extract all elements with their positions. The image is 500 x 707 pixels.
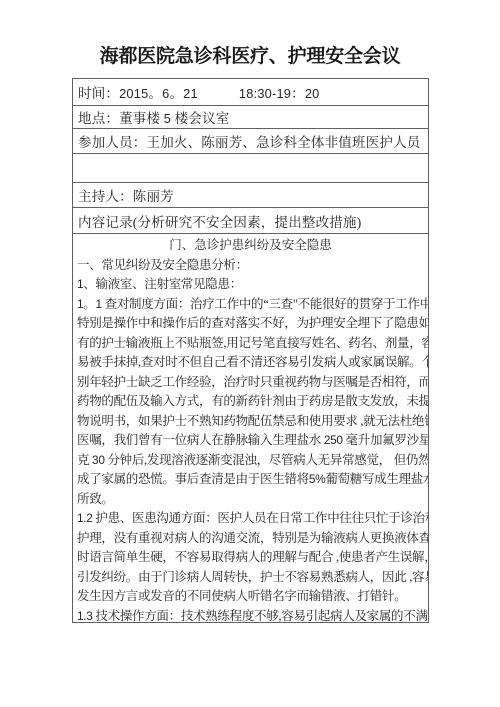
content-line-1-2-c: 时语言简单生硬，不容易取得病人的理解与配合 ,使患者产生误解，: [77, 548, 428, 568]
document-page: 海都医院急诊科医疗、护理安全会议 时间：2015。6。21 18:30-19：2…: [0, 0, 500, 707]
content-line-1-1-a: 1。1 查对制度方面：治疗工作中的“三查"不能很好的贯穿于工作中。: [77, 295, 428, 315]
table-row-record-header: 内容记录(分析研究不安全因素，提出整改措施): [73, 208, 428, 234]
content-line-1-2-b: 护理，没有重视对病人的沟通交流，特别是为输液病人更换液体查对: [77, 529, 428, 549]
content-line-1-1-b: 特别是操作中和操作后的查对落实不好，为护理安全埋下了隐患如：: [77, 314, 428, 334]
content-line-1-2-a: 1.2 护患、医患沟通方面：医护人员在日常工作中往往只忙于诊治和: [77, 509, 428, 529]
content-line-1-1-d: 易被手抹掉,查对时不但自己看不清还容易引发病人或家属误解。个: [77, 353, 428, 373]
table-row-time: 时间：2015。6。21 18:30-19：20: [73, 79, 428, 106]
record-header-value: 内容记录(分析研究不安全因素，提出整改措施): [78, 211, 361, 231]
content-line-1-1-f: 药物的配伍及输入方式，有的新药针剂由于药房是散支发放，未提供药: [77, 392, 428, 412]
content-line-1-2-e: 发生因方言或发音的不同使病人听错名字而输错液、打错针。: [77, 587, 428, 607]
meeting-notes-cell: 门、急诊护患纠纷及安全隐患 一、常见纠纷及安全隐患分析： 1、输液室、注射室常见…: [73, 234, 428, 622]
meeting-record-table: 时间：2015。6。21 18:30-19：20 地点：董事楼 5 楼会议室 参…: [72, 78, 429, 623]
table-row-host: 主持人：陈丽芳: [73, 183, 428, 208]
time-value: 时间：2015。6。21 18:30-19：20: [78, 82, 319, 102]
content-line-1-1-i: 克 30 分钟后,发现溶液逐渐变混浊，尽管病人无异常感觉， 但仍然造: [77, 451, 428, 471]
host-value: 主持人：陈丽芳: [78, 185, 174, 205]
content-line-1-2-d: 引发纠纷。由于门诊病人周转快，护士不容易熟悉病人，因此 ,容易: [77, 568, 428, 588]
location-value: 地点：董事楼 5 楼会议室: [78, 107, 229, 127]
content-heading: 门、急诊护患纠纷及安全隐患: [77, 236, 428, 256]
content-line-1-1-e: 别年轻护士缺乏工作经验，治疗时只重视药物与医嘱是否相符，而忽略: [77, 373, 428, 393]
content-line-item-1: 1、输液室、注射室常见隐患：: [77, 275, 428, 295]
content-line-1-1-h: 医嘱，我们曾有一位病人在静脉输入生理盐水 250 毫升加氟罗沙星 0.4: [77, 431, 428, 451]
attendees-value: 参加人员：王加火、陈丽芳、急诊科全体非值班医护人员: [78, 131, 421, 151]
content-line-1-3-a: 1.3 技术操作方面：技术熟练程度不够,容易引起病人及家属的不满和: [77, 607, 428, 623]
content-line-1-1-k: 所致。: [77, 490, 428, 510]
document-title: 海都医院急诊科医疗、护理安全会议: [0, 41, 500, 68]
content-line-1-1-c: 有的护士输液瓶上不贴瓶签,用记号笔直接写姓名、药名、剂量，容: [77, 334, 428, 354]
content-line-1-1-j: 成了家属的恐慌。事后查清是由于医生错将5%葡萄糖写成生理盐水: [77, 470, 428, 490]
table-row-attendees: 参加人员：王加火、陈丽芳、急诊科全体非值班医护人员: [73, 129, 428, 154]
content-line-1-1-g: 物说明书，如果护士不熟知药物配伍禁忌和使用要求 ,就无法杜绝错误: [77, 412, 428, 432]
content-line-section-1: 一、常见纠纷及安全隐患分析：: [77, 256, 428, 276]
table-row-location: 地点：董事楼 5 楼会议室: [73, 106, 428, 129]
table-row-empty: [73, 154, 428, 183]
